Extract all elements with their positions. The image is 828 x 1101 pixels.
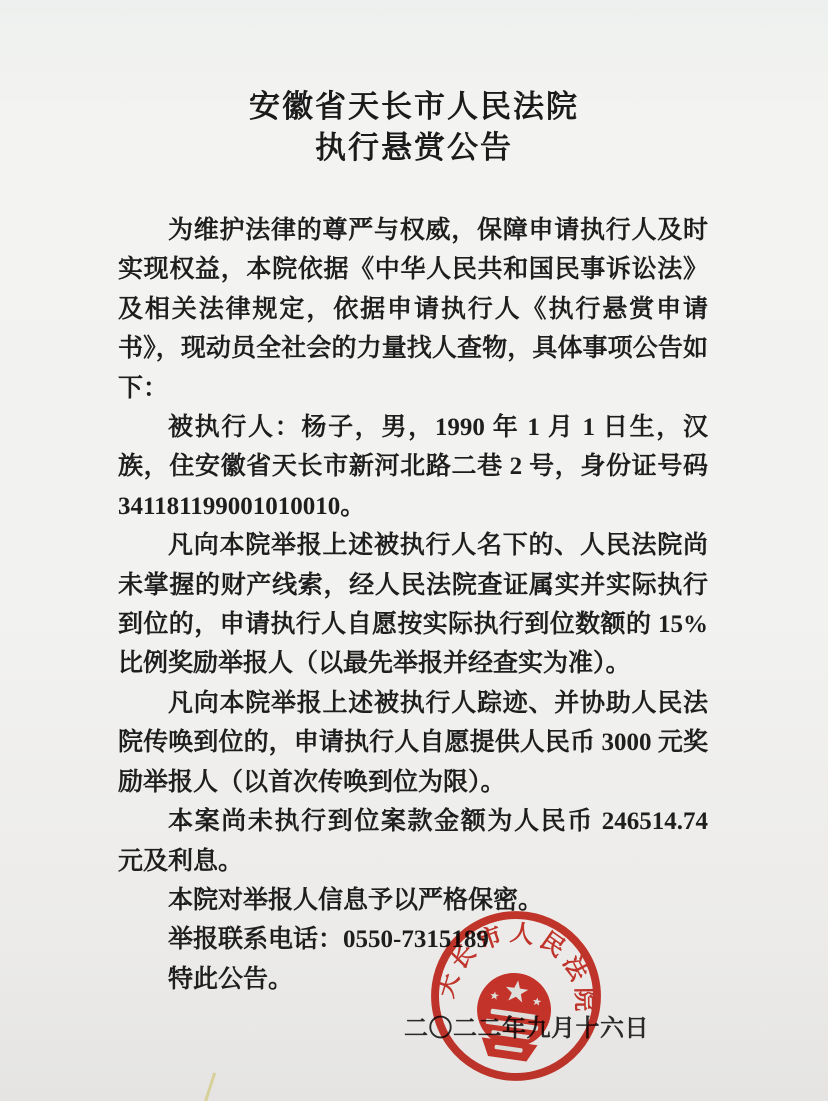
paragraph-whereabouts-reward: 凡向本院举报上述被执行人踪迹、并协助人民法院传唤到位的，申请执行人自愿提供人民币… [118, 684, 708, 802]
paragraph-intro: 为维护法律的尊严与权威，保障申请执行人及时实现权益，本院依据《中华人民共和国民事… [118, 211, 708, 408]
paragraph-asset-reward: 凡向本院举报上述被执行人名下的、人民法院尚未掌握的财产线索，经人民法院查证属实并… [118, 526, 708, 684]
paragraph-judgment-debtor: 被执行人：杨子，男，1990 年 1 月 1 日生，汉族，住安徽省天长市新河北路… [118, 408, 708, 526]
paragraph-closing: 特此公告。 [118, 960, 708, 999]
document-title: 安徽省天长市人民法院 执行悬赏公告 [0, 86, 828, 168]
paragraph-hotline: 举报联系电话：0550-7315189 [118, 920, 708, 959]
paragraph-confidentiality: 本院对举报人信息予以严格保密。 [118, 881, 708, 920]
court-seal-graphic: 天长市人民法院 [417, 897, 616, 1096]
court-name: 安徽省天长市人民法院 [0, 86, 828, 127]
photo-artifact-line [203, 1072, 216, 1101]
national-emblem-icon [471, 968, 556, 1064]
court-official-seal: 天长市人民法院 [417, 897, 616, 1096]
announcement-body: 为维护法律的尊严与权威，保障申请执行人及时实现权益，本院依据《中华人民共和国民事… [118, 211, 708, 999]
announcement-title: 执行悬赏公告 [0, 127, 828, 168]
announcement-document: 安徽省天长市人民法院 执行悬赏公告 为维护法律的尊严与权威，保障申请执行人及时实… [0, 0, 828, 1101]
paragraph-outstanding-amount: 本案尚未执行到位案款金额为人民币 246514.74 元及利息。 [118, 802, 708, 881]
